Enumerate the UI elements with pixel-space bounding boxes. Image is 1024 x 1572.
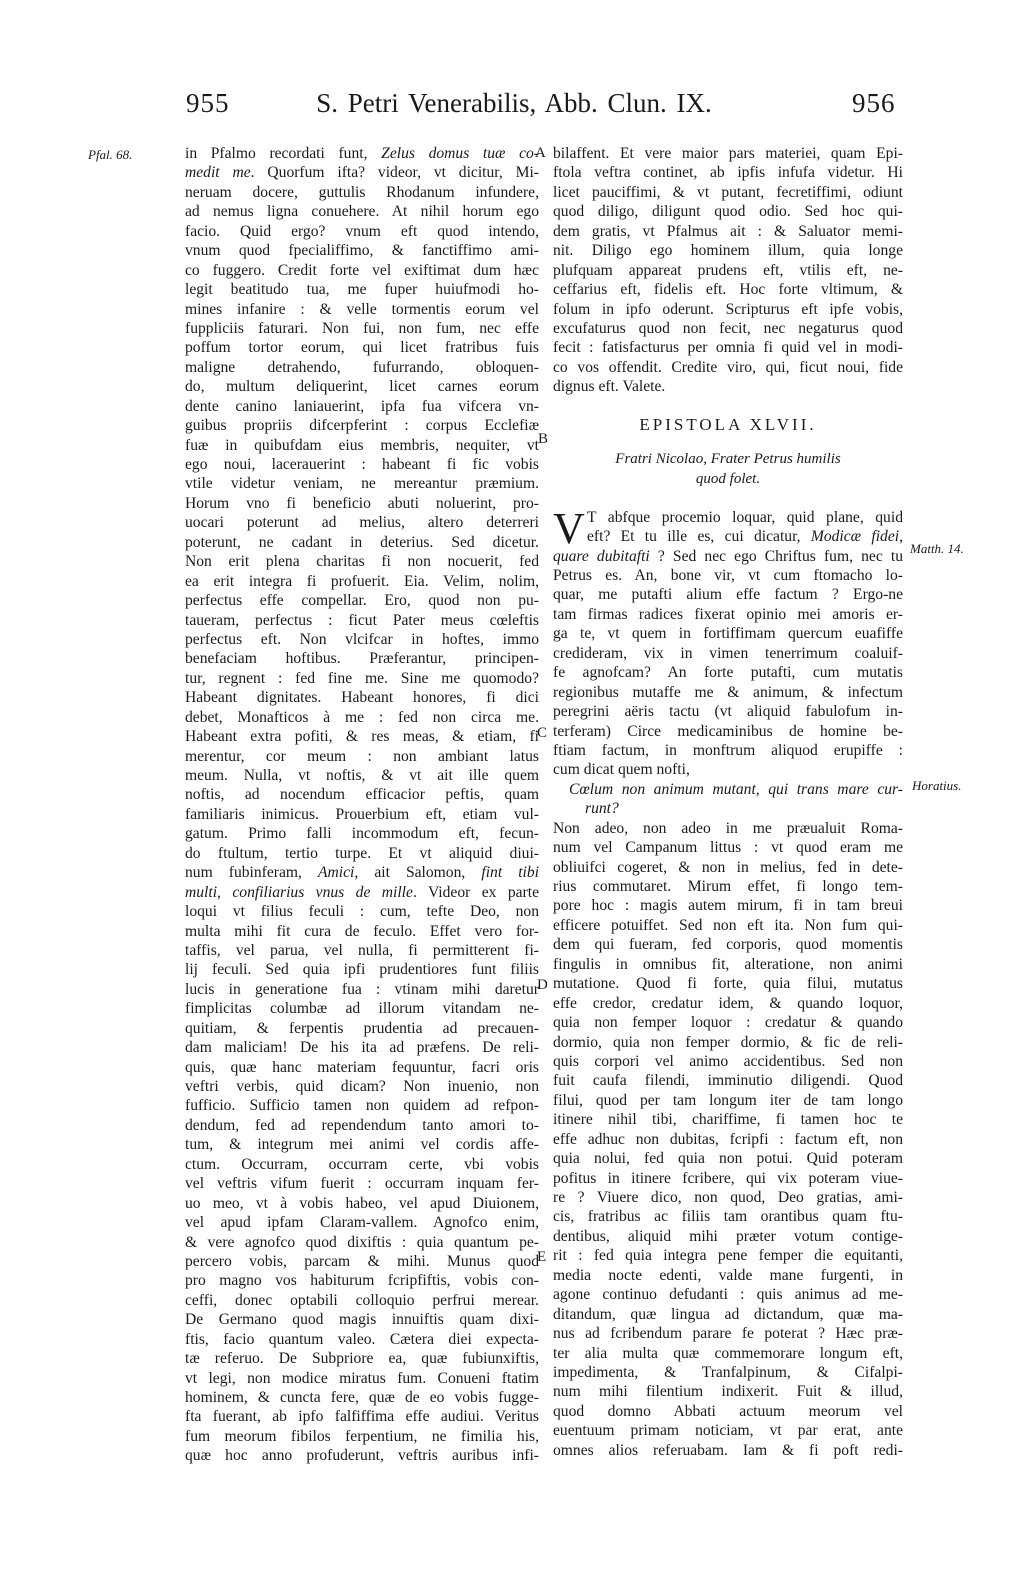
text-line: vtile videtur veniam, ne mereantur præmi…: [185, 474, 539, 493]
text-line: benefaciam hoftibus. Præferantur, princi…: [185, 649, 539, 668]
text-line: excufaturus quod non fecit, nec negaturu…: [553, 319, 903, 338]
text-line: rit : fed quia integra pene femper die e…: [553, 1246, 903, 1265]
address-line: quod folet.: [553, 469, 903, 489]
text-line: legit beatitudo tua, me fuper huiufmodi …: [185, 280, 539, 299]
running-title: S. Petri Venerabilis, Abb. Clun. IX.: [240, 88, 788, 119]
text-line: poterunt, ne cadant in deterius. Sed dic…: [185, 533, 539, 552]
text-line: hominem, & cuncta fere, quæ de eo vobis …: [185, 1388, 539, 1407]
text-line: impedimenta, & Tranfalpinum, & Cifalpi-: [553, 1363, 903, 1382]
text-line: Petrus es. An, bone vir, vt cum ftomacho…: [553, 566, 903, 585]
text-line: fecit : fatisfacturus per omnia fi quid …: [553, 338, 903, 357]
text-line: & vere agnofco quod dixiftis : quia quan…: [185, 1233, 539, 1252]
text-line: Non erit plena charitas fi non nocuerit,…: [185, 552, 539, 571]
text-line: num vel Campanum littus : vt quod eram m…: [553, 838, 903, 857]
text-line: euentuum primam noticiam, vt par erat, a…: [553, 1421, 903, 1440]
text-line: vel apud ipfam Claram-vallem. Agnofco en…: [185, 1213, 539, 1232]
epistle-address: Fratri Nicolao, Frater Petrus humilis qu…: [553, 449, 903, 489]
text-line: neruam docere, guttulis Rhodanum infunde…: [185, 183, 539, 202]
epistle-opening: V T abfque procemio loquar, quid plane, …: [553, 508, 903, 547]
text-line: nit. Diligo ego hominem illum, quia long…: [553, 241, 903, 260]
text-line: licet pauciffimi, & vt putant, fecretiff…: [553, 183, 903, 202]
text-line: merentur, cor meum : non ambiant latus: [185, 747, 539, 766]
text-line: vt legi, non modice miratus fum. Conueni…: [185, 1369, 539, 1388]
text-line: vel veftris vifum fuerit : occurram inqu…: [185, 1174, 539, 1193]
text-line: in Pfalmo recordati funt, Zelus domus tu…: [185, 144, 539, 163]
margin-note-horatius: Horatius.: [912, 778, 961, 794]
text-line: omnes alios referuabam. Iam & fi poft re…: [553, 1441, 903, 1460]
text-line: dem gratis, vt Pfalmus ait : & Saluator …: [553, 222, 903, 241]
text-line: folum in ipfo oderunt. Scripturus eft ip…: [553, 300, 903, 319]
text-line: tam firmas radices fixerat opinio mei am…: [553, 605, 903, 624]
text-line: fingulis in omnibus fit, alteratione, no…: [553, 955, 903, 974]
margin-note-matthew: Matth. 14.: [910, 541, 964, 557]
right-column: bilaffent. Et vere maior pars materiei, …: [553, 144, 903, 1460]
text-line: do ftultum, tertio turpe. Et vt aliquid …: [185, 844, 539, 863]
text-line: dente canino laniauerint, ipfa fua vifce…: [185, 397, 539, 416]
text-line: lij feculi. Sed quia ipfi prudentiores f…: [185, 960, 539, 979]
text-line: pofitus in itinere fcribere, qui vix pot…: [553, 1169, 903, 1188]
text-line: taueram, perfectus : ficut Pater meus cœ…: [185, 611, 539, 630]
text-line: num mihi filentium indixerit. Fuit & ill…: [553, 1382, 903, 1401]
text-line: ceffarius eft, fidelis eft. Hoc forte vl…: [553, 280, 903, 299]
text-line: dam maliciam! De his ita ad præfens. De …: [185, 1038, 539, 1057]
text-line: quis, quæ hanc materiam fequuntur, facri…: [185, 1058, 539, 1077]
text-line: terferam) Circe medicaminibus de homine …: [553, 722, 903, 741]
verse-quote-line: runt?: [553, 799, 903, 818]
text-line: eft? Et tu ille es, cui dicatur, Modicæ …: [553, 527, 903, 546]
text-line: quare dubitafti ? Sed nec ego Chriftus f…: [553, 547, 903, 566]
text-line: uo meo, vt à vobis habeo, vel apud Diuio…: [185, 1194, 539, 1213]
text-line: bilaffent. Et vere maior pars materiei, …: [553, 144, 903, 163]
text-line: quis corpori vel animo accidentibus. Sed…: [553, 1052, 903, 1071]
text-line: meum. Nulla, vt noftis, & vt ait ille qu…: [185, 766, 539, 785]
text-line: co fuggero. Credit forte vel exiftimat d…: [185, 261, 539, 280]
text-line: ceffi, donec optabili colloquio perfrui …: [185, 1291, 539, 1310]
text-line: quod diligo, diligunt quod odio. Sed hoc…: [553, 202, 903, 221]
text-line: Non adeo, non adeo in me præualuit Roma-: [553, 819, 903, 838]
text-line: ter alia multa quæ commemorare longum ef…: [553, 1344, 903, 1363]
text-line: pore hoc : magis autem mirum, fi in tam …: [553, 896, 903, 915]
text-line: obliuifci cogeret, & non in melius, fed …: [553, 858, 903, 877]
text-line: loqui vt filius feculi : cum, tefte Deo,…: [185, 902, 539, 921]
text-line: filui, quod per tam longum iter de tam l…: [553, 1091, 903, 1110]
section-letter-b: B: [538, 431, 548, 448]
text-line: itinere nihil tibi, chariffime, fi tamen…: [553, 1110, 903, 1129]
text-line: peregrini aëris tactu (vt aliquid fabulo…: [553, 702, 903, 721]
text-line: medit me. Quorfum ifta? videor, vt dicit…: [185, 163, 539, 182]
text-line: vnum quod fpecialiffimo, & fanctiffimo a…: [185, 241, 539, 260]
text-line: facio. Quid ergo? vnum eft quod intendo,: [185, 222, 539, 241]
text-line: ctum. Occurram, occurram certe, vbi vobi…: [185, 1155, 539, 1174]
text-line: num fubinferam, Amici, ait Salomon, fint…: [185, 863, 539, 882]
text-line: fe agnofcam? An forte putafti, cum mutat…: [553, 663, 903, 682]
text-line: dentibus, aliquid mihi præter votum cont…: [553, 1227, 903, 1246]
text-line: [185, 1466, 539, 1485]
text-line: quar, me putafti alium effe factum ? Erg…: [553, 585, 903, 604]
text-line: dormio, quia non femper dormio, & fic de…: [553, 1033, 903, 1052]
text-line: multa mihi fit cura de feculo. Effet ver…: [185, 922, 539, 941]
text-line: fimplicitas columbæ ad illorum vitandam …: [185, 999, 539, 1018]
margin-note-psalm: Pfal. 68.: [88, 147, 132, 163]
text-line: pro magno vos habiturum fcripfiftis, vob…: [185, 1271, 539, 1290]
text-line: taffis, vel parua, vel nulla, fi permitt…: [185, 941, 539, 960]
text-line: veftri verbis, quid dicam? Non inuenio, …: [185, 1077, 539, 1096]
text-line: perfectus eft. Non vlcifcar in hoftes, i…: [185, 630, 539, 649]
text-line: credideram, vix in vimen tenerrimum coal…: [553, 644, 903, 663]
text-line: debet, Monafticos à me : fed non circa m…: [185, 708, 539, 727]
text-line: effe adhuc non dubitas, fcripfi : factum…: [553, 1130, 903, 1149]
text-line: quia nolui, fed quia non potui. Quid pot…: [553, 1149, 903, 1168]
page-number-left: 955: [186, 88, 230, 119]
text-line: fuæ in quibufdam eius membris, nequiter,…: [185, 436, 539, 455]
text-line: cum dicat quem nofti,: [553, 760, 903, 779]
text-line: ftiam factum, in monftrum aliquod erupif…: [553, 741, 903, 760]
text-line: ego noui, lacerauerint : habeant fi fic …: [185, 455, 539, 474]
text-line: poffum tortor eorum, qui licet fratribus…: [185, 338, 539, 357]
text-line: tum, & integrum mei animi vel cordis aff…: [185, 1135, 539, 1154]
running-header: 955 S. Petri Venerabilis, Abb. Clun. IX.…: [0, 88, 1024, 128]
text-line: noftis, ad nocendum efficacior peftis, q…: [185, 785, 539, 804]
text-line: dignus eft. Valete.: [553, 377, 903, 396]
text-line: re ? Viuere dico, non quod, Deo gratias,…: [553, 1188, 903, 1207]
text-line: mutatione. Quod fi forte, quia filui, mu…: [553, 974, 903, 993]
text-line: ad nemus ligna conuehere. At nihil horum…: [185, 202, 539, 221]
text-line: quia non femper loquor : credatur & quan…: [553, 1013, 903, 1032]
text-line: guibus propriis difcerpferint : corpus E…: [185, 416, 539, 435]
text-line: Horum vno fi beneficio abuti noluerint, …: [185, 494, 539, 513]
text-line: do, multum deliquerint, licet carnes eor…: [185, 377, 539, 396]
text-line: ea erit integra fi profuerit. Eia. Velim…: [185, 572, 539, 591]
text-line: fta fuerant, ab ipfo falfiffima effe aud…: [185, 1407, 539, 1426]
text-line: efficere potuiffet. Sed non eft ita. Non…: [553, 916, 903, 935]
text-line: dendum, fed ad rependendum tanto amori t…: [185, 1116, 539, 1135]
text-line: ditandum, quæ lingua ad dictandum, quæ m…: [553, 1305, 903, 1324]
text-line: media nocte edenti, valde mane furgenti,…: [553, 1266, 903, 1285]
text-line: rius commutaret. Mirum effet, fi longo t…: [553, 877, 903, 896]
text-line: Habeant dignitates. Habeant honores, fi …: [185, 688, 539, 707]
text-line: maligne detrahendo, fufurrando, obloquen…: [185, 358, 539, 377]
text-line: tur, regnent : fed fine me. Sine me quom…: [185, 669, 539, 688]
text-line: multi, confiliarius vnus de mille. Video…: [185, 883, 539, 902]
address-line: Fratri Nicolao, Frater Petrus humilis: [553, 449, 903, 469]
text-line: plufquam appareat prudens eft, vtilis ef…: [553, 261, 903, 280]
drop-cap: V: [553, 510, 585, 548]
text-line: fuit caufa filendi, imminutio diligendi.…: [553, 1071, 903, 1090]
text-line: gatum. Primo falli incommodum eft, fecun…: [185, 824, 539, 843]
text-line: quod domno Abbati actuum meorum vel: [553, 1402, 903, 1421]
text-line: fum meorum fibilos ferpentium, ne fimili…: [185, 1427, 539, 1446]
text-line: Habeant extra pofiti, & res meas, & etia…: [185, 727, 539, 746]
text-line: De Germano quod magis innuiftis quam dix…: [185, 1310, 539, 1329]
text-line: fufficio. Sufficio tamen non quidem ad r…: [185, 1096, 539, 1115]
text-line: perfectus effe compellar. Ero, quod non …: [185, 591, 539, 610]
text-line: tæ referuo. De Subpriore ea, quæ fubiunx…: [185, 1349, 539, 1368]
text-line: co vos offendit. Credite viro, qui, ficu…: [553, 358, 903, 377]
page-number-right: 956: [852, 88, 896, 119]
text-line: T abfque procemio loquar, quid plane, qu…: [553, 508, 903, 527]
left-column: in Pfalmo recordati funt, Zelus domus tu…: [185, 144, 539, 1485]
text-line: regionibus mutaffe me & animum, & infect…: [553, 683, 903, 702]
text-line: cis, fratribus ac filiis tam orantibus q…: [553, 1207, 903, 1226]
text-line: ftis, facio quantum valeo. Cætera diei e…: [185, 1330, 539, 1349]
text-line: dem qui fueram, fed corporis, quod momen…: [553, 935, 903, 954]
text-line: ftola veftra continet, ab ipfis infufa v…: [553, 163, 903, 182]
text-line: quæ hoc anno profuderunt, veftris auribu…: [185, 1446, 539, 1465]
text-line: quitiam, & ferpentis prudentia ad precau…: [185, 1019, 539, 1038]
verse-quote-line: Cœlum non animum mutant, qui trans mare …: [553, 780, 903, 799]
epistle-title: EPISTOLA XLVII.: [553, 415, 903, 437]
text-line: familiaris inimicus. Prouerbium eft, eti…: [185, 805, 539, 824]
text-line: agone continuo defudanti : quis animus a…: [553, 1285, 903, 1304]
text-line: fuppliciis faturari. Non fui, non fum, n…: [185, 319, 539, 338]
text-line: ga te, vt quem in fortiffimam quercum eu…: [553, 624, 903, 643]
text-line: lucis in generatione fua : vtinam mihi d…: [185, 980, 539, 999]
text-line: uocari poterunt ad melius, altero deterr…: [185, 513, 539, 532]
text-line: mines infanire : & velle tormentis eorum…: [185, 300, 539, 319]
text-line: percero vobis, parcam & mihi. Munus quod: [185, 1252, 539, 1271]
text-line: nus ad fcribendum parare fe poterat ? Hæ…: [553, 1324, 903, 1343]
text-line: effe credor, credatur idem, & quando loq…: [553, 994, 903, 1013]
